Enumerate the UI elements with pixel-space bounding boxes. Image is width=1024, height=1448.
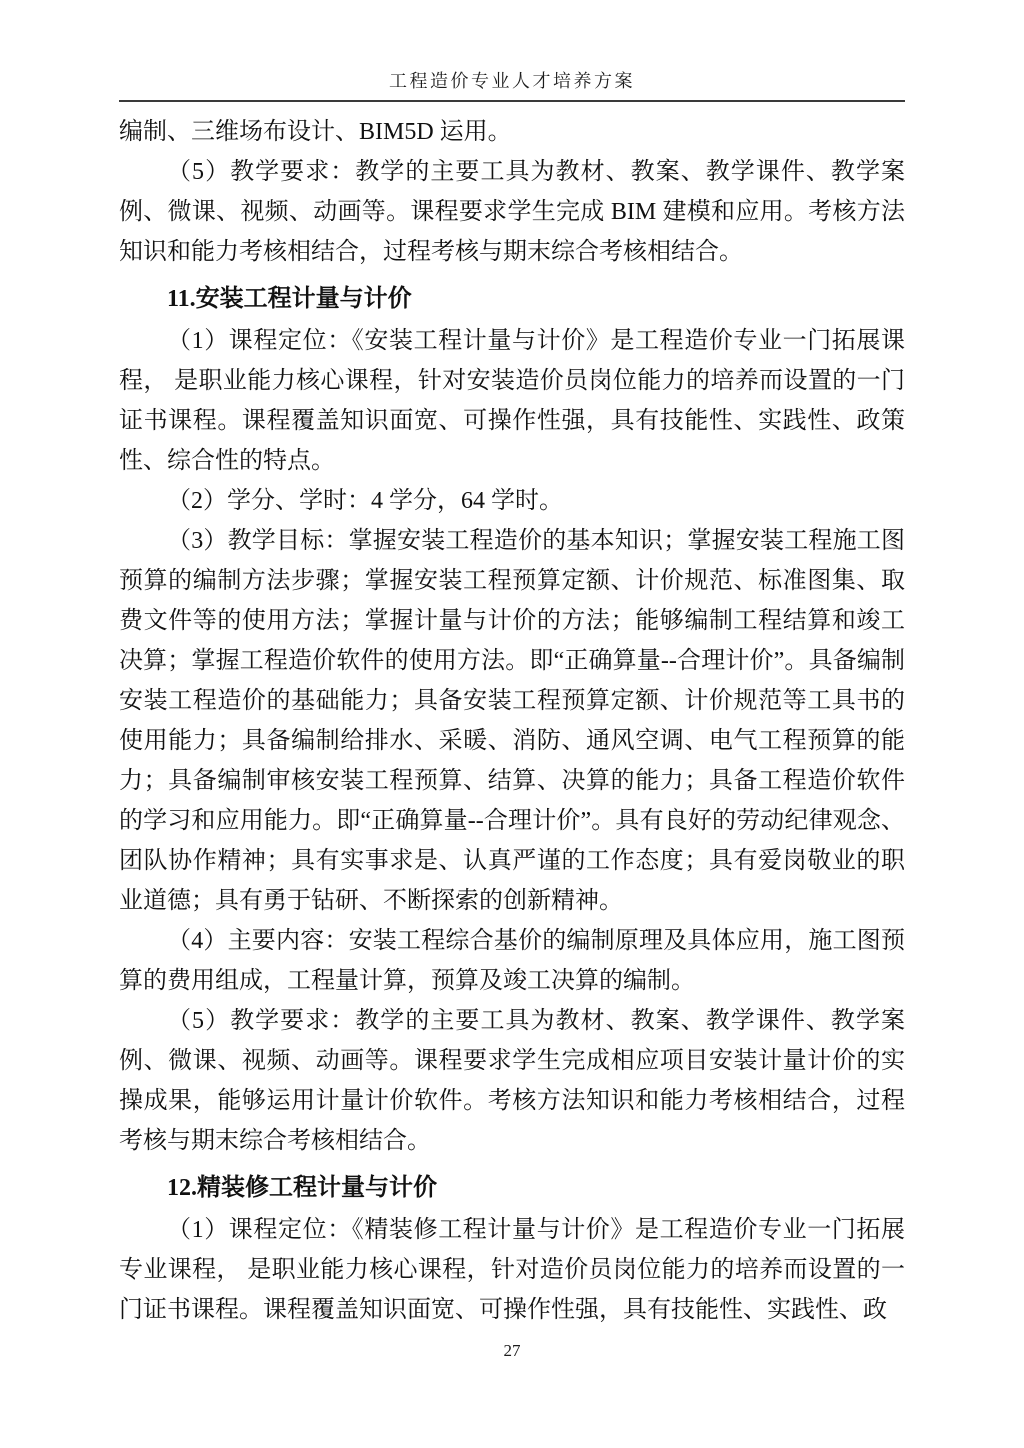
document-page: 工程造价专业人才培养方案 编制、三维场布设计、BIM5D 运用。 （5）教学要求… [0, 0, 1024, 1448]
paragraph: （1）课程定位：《精装修工程计量与计价》是工程造价专业一门拓展专业课程， 是职业… [119, 1210, 905, 1330]
paragraph: 编制、三维场布设计、BIM5D 运用。 [119, 112, 905, 152]
section-heading: 11.安装工程计量与计价 [119, 279, 905, 319]
running-header: 工程造价专业人才培养方案 [119, 68, 905, 102]
paragraph: （1）课程定位：《安装工程计量与计价》是工程造价专业一门拓展课程， 是职业能力核… [119, 321, 905, 481]
document-body: 编制、三维场布设计、BIM5D 运用。 （5）教学要求：教学的主要工具为教材、教… [119, 112, 905, 1330]
paragraph: （2）学分、学时：4 学分，64 学时。 [119, 481, 905, 521]
page-footer: 27 [0, 1340, 1024, 1362]
section-heading: 12.精装修工程计量与计价 [119, 1168, 905, 1208]
document-title: 工程造价专业人才培养方案 [389, 71, 635, 91]
paragraph: （3）教学目标：掌握安装工程造价的基本知识；掌握安装工程施工图预算的编制方法步骤… [119, 521, 905, 921]
paragraph: （4）主要内容：安装工程综合基价的编制原理及具体应用，施工图预算的费用组成，工程… [119, 921, 905, 1001]
paragraph: （5）教学要求：教学的主要工具为教材、教案、教学课件、教学案例、微课、视频、动画… [119, 1001, 905, 1161]
page-number: 27 [504, 1341, 521, 1360]
paragraph: （5）教学要求：教学的主要工具为教材、教案、教学课件、教学案例、微课、视频、动画… [119, 152, 905, 272]
